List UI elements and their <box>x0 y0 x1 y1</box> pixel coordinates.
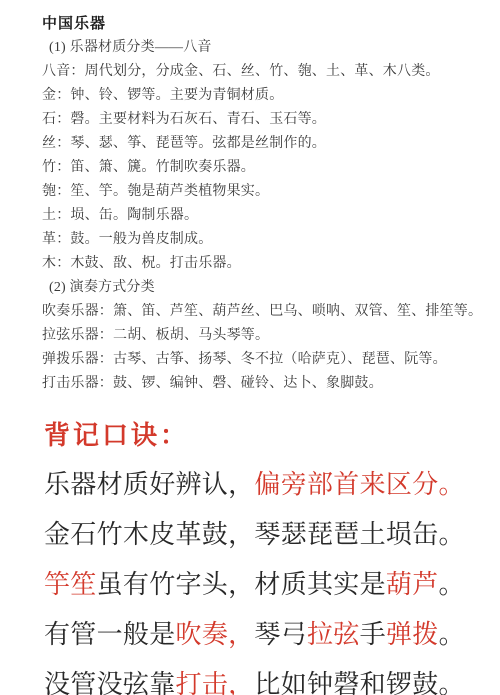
mnemonic-heading: 背记口诀： <box>44 418 500 452</box>
doc-line-wood: 木：木鼓、敔、柷。打击乐器。 <box>42 252 482 276</box>
mnemonic-segment: 吹奏， <box>176 619 255 649</box>
mnemonic-segment: 偏旁部首来区分。 <box>254 469 464 499</box>
mnemonic-segment: 拉弦 <box>307 619 360 649</box>
doc-line-wind-instruments: 吹奏乐器：箫、笛、芦笙、葫芦丝、巴乌、唢呐、双管、笙、排笙等。 <box>42 300 482 324</box>
mnemonic-segment: 比如钟磬和锣鼓。 <box>254 669 464 695</box>
mnemonic-segment: 有管一般是 <box>44 619 176 649</box>
doc-heading-performance-classification: (2) 演奏方式分类 <box>42 276 482 300</box>
instrument-notes-section: 中国乐器 (1) 乐器材质分类——八音 八音：周代划分，分成金、石、丝、竹、匏、… <box>0 0 500 396</box>
mnemonic-segment: 金石竹木皮革鼓，琴瑟琵琶土埙缶。 <box>44 519 465 549</box>
mnemonic-line-3: 竽笙虽有竹字头，材质其实是葫芦。 <box>44 566 500 602</box>
mnemonic-segment: 竽笙 <box>44 569 97 599</box>
doc-line-plucked-instruments: 弹拨乐器：古琴、古筝、扬琴、冬不拉（哈萨克）、琵琶、阮等。 <box>42 348 482 372</box>
doc-line-bayin: 八音：周代划分，分成金、石、丝、竹、匏、土、革、木八类。 <box>42 60 482 84</box>
mnemonic-line-1: 乐器材质好辨认，偏旁部首来区分。 <box>44 466 500 502</box>
mnemonic-section: 背记口诀： 乐器材质好辨认，偏旁部首来区分。 金石竹木皮革鼓，琴瑟琵琶土埙缶。 … <box>0 418 500 695</box>
mnemonic-line-2: 金石竹木皮革鼓，琴瑟琵琶土埙缶。 <box>44 516 500 552</box>
mnemonic-line-4: 有管一般是吹奏，琴弓拉弦手弹拨。 <box>44 616 500 652</box>
doc-line-bamboo: 竹：笛、箫、篪。竹制吹奏乐器。 <box>42 156 482 180</box>
doc-line-metal: 金：钟、铃、锣等。主要为青铜材质。 <box>42 84 482 108</box>
doc-heading-material-classification: (1) 乐器材质分类——八音 <box>42 36 482 60</box>
doc-line-percussion-instruments: 打击乐器：鼓、锣、编钟、磬、碰铃、达卜、象脚鼓。 <box>42 372 482 396</box>
mnemonic-segment: 没管没弦靠 <box>44 669 176 695</box>
doc-line-stone: 石：磬。主要材料为石灰石、青石、玉石等。 <box>42 108 482 132</box>
doc-line-silk: 丝：琴、瑟、筝、琵琶等。弦都是丝制作的。 <box>42 132 482 156</box>
mnemonic-segment: 葫芦 <box>386 569 439 599</box>
doc-line-clay: 土：埙、缶。陶制乐器。 <box>42 204 482 228</box>
mnemonic-line-5: 没管没弦靠打击，比如钟磬和锣鼓。 <box>44 666 500 695</box>
mnemonic-segment: 乐器材质好辨认， <box>44 469 254 499</box>
doc-line-bowed-instruments: 拉弦乐器：二胡、板胡、马头琴等。 <box>42 324 482 348</box>
mnemonic-segment: 。 <box>439 569 465 599</box>
doc-line-hide: 革：鼓。一般为兽皮制成。 <box>42 228 482 252</box>
mnemonic-segment: 。 <box>439 619 465 649</box>
mnemonic-segment: 弹拨 <box>386 619 439 649</box>
mnemonic-segment: 琴弓 <box>254 619 307 649</box>
mnemonic-segment: 打击， <box>176 669 255 695</box>
mnemonic-segment: 虽有竹字头，材质其实是 <box>97 569 386 599</box>
mnemonic-segment: 手 <box>360 619 386 649</box>
doc-line-gourd: 匏：笙、竽。匏是葫芦类植物果实。 <box>42 180 482 204</box>
page-title: 中国乐器 <box>42 12 482 36</box>
